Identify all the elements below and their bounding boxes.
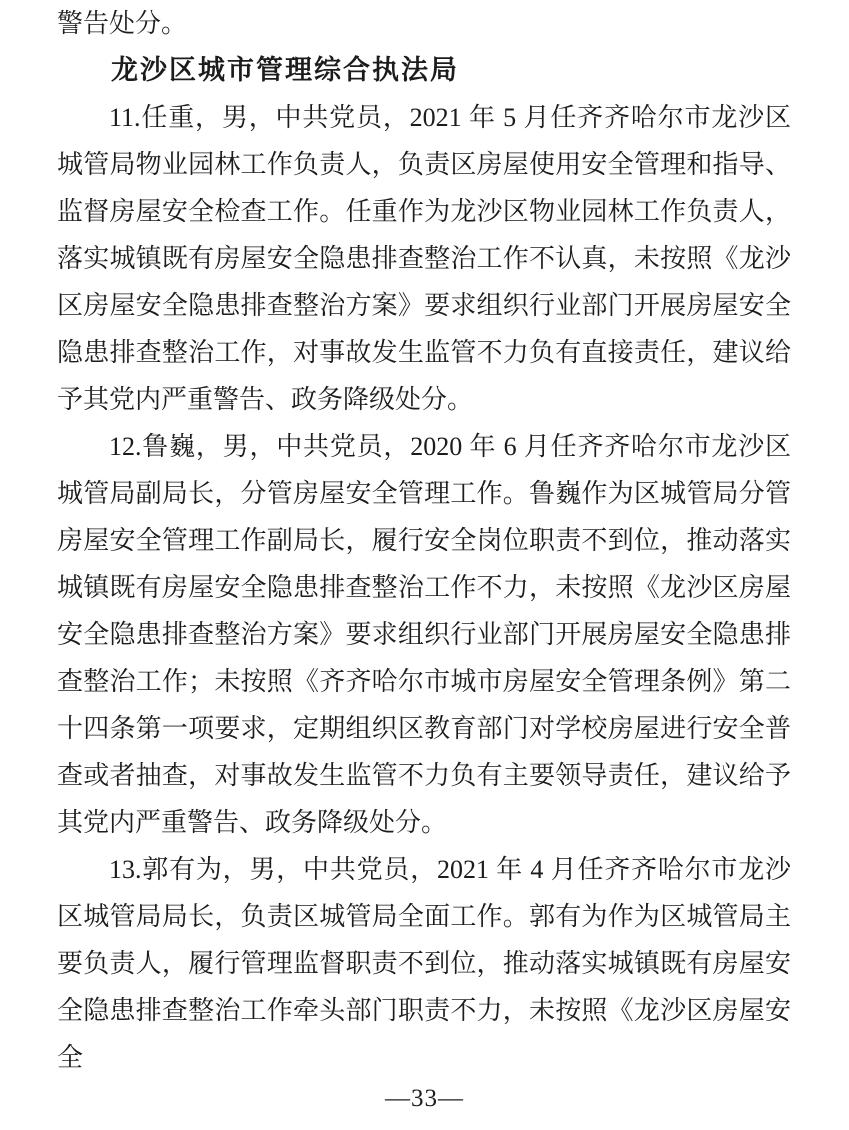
paragraph-item-11: 11.任重，男，中共党员，2021 年 5 月任齐齐哈尔市龙沙区城管局物业园林工… — [57, 94, 791, 423]
section-heading: 龙沙区城市管理综合执法局 — [57, 47, 791, 94]
page-footer: —33— — [0, 1084, 849, 1114]
page-number: —33— — [385, 1085, 464, 1112]
document-page: 警告处分。 龙沙区城市管理综合执法局 11.任重，男，中共党员，2021 年 5… — [0, 0, 849, 1130]
paragraph-item-13: 13.郭有为，男，中共党员，2021 年 4 月任齐齐哈尔市龙沙区城管局局长，负… — [57, 846, 791, 1081]
paragraph-item-12: 12.鲁巍，男，中共党员，2020 年 6 月任齐齐哈尔市龙沙区城管局副局长，分… — [57, 423, 791, 846]
document-body: 警告处分。 龙沙区城市管理综合执法局 11.任重，男，中共党员，2021 年 5… — [57, 0, 791, 1081]
paragraph-continuation: 警告处分。 — [57, 0, 791, 47]
